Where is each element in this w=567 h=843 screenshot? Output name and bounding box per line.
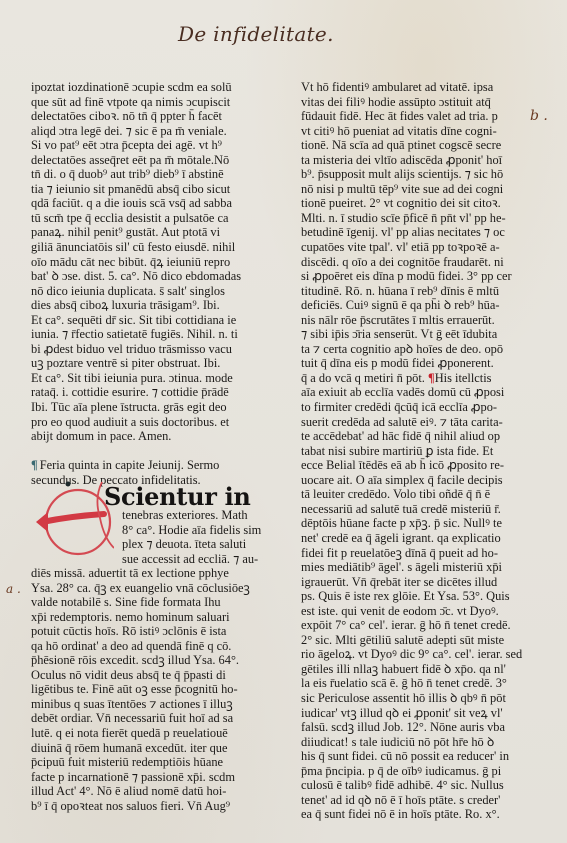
margin-note-a: a . bbox=[6, 582, 21, 596]
text-line: te accēdebat' ad hāc fidē q̄ nihil aliud… bbox=[301, 429, 516, 444]
text-line: fidei fit p reuelatōeꝫ dīnā q̄ pueit ad … bbox=[301, 546, 516, 561]
text-line: Oculus nō vidit deus absq̄ te q̄ p̄pasti… bbox=[31, 668, 246, 683]
text-segment: His itellctis bbox=[435, 371, 492, 385]
text-line: ipoztat iozdinationē ɔcupie scdm ea solū bbox=[31, 80, 246, 95]
text-line: panaꝝ. nihil penit⁹ gustāt. Aut ptotā vi bbox=[31, 225, 246, 240]
text-line: ⁊ sibi ip̄is ɔ̄ria senserūt. Vt ḡ eēt īd… bbox=[301, 327, 516, 342]
text-line: expōit 7° ca° cel'. ierar. ḡ hō n̄ tenet… bbox=[301, 618, 516, 633]
text-line: cupatōes vite tpal'. vl' etiā pp toꝛpoꝛē… bbox=[301, 240, 516, 255]
text-line: ea q̄ sunt fidei nō ē in hoīs ptāte. Ro.… bbox=[301, 807, 516, 822]
text-line: p̄cipuū fuit misteriū redemptiōis hūane bbox=[31, 755, 246, 770]
text-line: 8° ca°. Hodie aīa fidelis sim bbox=[122, 523, 261, 538]
text-line: betudinē īgenij. vl' pp alias necitates … bbox=[301, 225, 516, 240]
text-line: si ꝓpoēret eis dīna p modū fidei. 3° pp … bbox=[301, 269, 516, 284]
text-line: iudicar' vtꝫ illud qꝺ ei ꝓponit' sit veꝝ… bbox=[301, 706, 516, 721]
sermon-opening-words: Scientur in bbox=[104, 482, 251, 511]
red-initial-e-icon bbox=[32, 478, 114, 560]
text-line: minibus q suas ītentōes ⁊ actiones ī ill… bbox=[31, 697, 246, 712]
text-line: delectatōes asseq̄ret eēt pa m̄ mōtale.N… bbox=[31, 153, 246, 168]
text-line: deficiēs. Cuiꝰ signū ē qa ph̄i ꝺ reb⁹ hū… bbox=[301, 298, 516, 313]
text-line: falsū. scdꝫ illud Job. 12°. Nōne auris v… bbox=[301, 720, 516, 735]
text-line-with-pilcrow: q̄ a do vcā q metiri n̄ pōt. ¶His itellc… bbox=[301, 371, 516, 386]
text-line: pro eo quod audiuit a suis doctoribus. e… bbox=[31, 415, 246, 430]
text-line: ecce Belial ītēdēs eā ab h̄ icō ꝓposito … bbox=[301, 458, 516, 473]
text-line: b⁹ ī q̄ opoꝛteat nos saluos fieri. Vn̄ A… bbox=[31, 799, 246, 814]
manuscript-page: De infidelitate. b . a . ipoztat iozdina… bbox=[0, 0, 567, 843]
text-line: abijt domum in pace. Amen. bbox=[31, 429, 246, 444]
text-line: potuit cūctis hoīs. Rō istiꝰ ɔclōnis ē i… bbox=[31, 624, 246, 639]
text-line: his q̄ sunt fidei. cū nō possit ea reduc… bbox=[301, 749, 516, 764]
text-line: ta ⁊ certa cognitio apꝺ hoīes de deo. op… bbox=[301, 342, 516, 357]
text-line: tā leuiter credēdo. Volo tibi oñdē q̄ n̄… bbox=[301, 487, 516, 502]
text-line: delectatōes ciboꝛ. nō tn̄ q̄ ppter h̄ fa… bbox=[31, 109, 246, 124]
text-line: tia ⁊ ieiunio sit pmanēdū absq̄ cibo sic… bbox=[31, 182, 246, 197]
text-line: discēdi. q oīo a dei cognitōe fraudarēt.… bbox=[301, 255, 516, 270]
text-line: ligētibus te. Finē aūt oꝫ esse p̄cognitū… bbox=[31, 682, 246, 697]
indented-text-block: tenebras exteriores. Math 8° ca°. Hodie … bbox=[122, 508, 261, 566]
text-line: rio āgeloꝝ. vt Dyoꝰ dic 9° ca°. cel'. ie… bbox=[301, 647, 516, 662]
text-line: uꝫ poztare ventrē si piter obstruat. Ibi… bbox=[31, 356, 246, 371]
left-column: ipoztat iozdinationē ɔcupie scdm ea solū… bbox=[31, 80, 246, 487]
text-line: ta misteria dei vltīo adiscēda ꝓponit' h… bbox=[301, 153, 516, 168]
text-line: to firmiter credēdi q̄cūq̄ icā ecclīa ꝓp… bbox=[301, 400, 516, 415]
handwritten-heading: De infidelitate. bbox=[178, 22, 334, 46]
text-line: tionē. Nā scīa ad quā ptinet cogscē secr… bbox=[301, 138, 516, 153]
text-line: valde notabilē s. Sine fide formata Ihu bbox=[31, 595, 246, 610]
text-line: gētiles illi nllaꝫ habuert fidē ꝺ xp̄o. … bbox=[301, 662, 516, 677]
text-line: oīo mādu cāt nec bibūt. q̄ꝝ ieiuniū repr… bbox=[31, 255, 246, 270]
text-line: nō nisi p multū tēp⁹ vite sue ad dei cog… bbox=[301, 182, 516, 197]
text-line: Si vo pat⁹ eēt ɔtra p̄cepta dei agē. vt … bbox=[31, 138, 246, 153]
text-line: culosū ē talibꝰ fidē adhibē. 4° sic. Nul… bbox=[301, 778, 516, 793]
text-line: xp̄i redemptoris. nemo hominum saluari bbox=[31, 610, 246, 625]
text-line: illud Act' 4°. Nō ē aliud nomē datū hoi- bbox=[31, 784, 246, 799]
text-line: p̄ma p̄ncipia. p q̄ de oībꝰ iudicamus. ḡ… bbox=[301, 764, 516, 779]
text-line: necessariū ad salutē tuā credē misteriū … bbox=[301, 502, 516, 517]
text-line: diēs missā. aduertit tā ex lectione pphy… bbox=[31, 566, 246, 581]
text-line: dies absq̄ ciboꝝ luxuria trāsigam⁹. Ibi. bbox=[31, 298, 246, 313]
text-line: Et ca°. Sit tibi ieiunia pura. ɔtinua. m… bbox=[31, 371, 246, 386]
text-line: facte p incarnationē ⁊ passionē xp̄i. sc… bbox=[31, 770, 246, 785]
text-line: igrauerūt. Vn̄ q̄rebāt iter se dicētes i… bbox=[301, 575, 516, 590]
text-line: Et ca°. sequēti dr̄ sic. Sit tibi cottid… bbox=[31, 313, 246, 328]
red-pilcrow-icon: ¶ bbox=[428, 371, 435, 385]
text-line: nō dico ieiunia duplicata. s̄ salt' sing… bbox=[31, 284, 246, 299]
text-line: b⁹. p̄supposit mult alijs scientijs. ⁊ s… bbox=[301, 167, 516, 182]
text-line: 2° sic. Mlti gētiliū salutē adepti sūt m… bbox=[301, 633, 516, 648]
text-line: Ibi. Tūc aīa plene īstructa. grās egit d… bbox=[31, 400, 246, 415]
margin-note-b: b . bbox=[530, 108, 548, 124]
text-line: p̄hēsionē rōis excedit. scdꝫ illud Ysa. … bbox=[31, 653, 246, 668]
text-segment: q̄ a do vcā q metiri n̄ pōt. bbox=[301, 371, 425, 385]
text-line: qa hō ordinat' a deo ad quendā finē q cō… bbox=[31, 639, 246, 654]
text-line: uocare ait. O aīa simplex q̄ facile deci… bbox=[301, 473, 516, 488]
text-line: tuit q̄ dīna eis p modū fidei ꝓponerent. bbox=[301, 356, 516, 371]
text-line: net' credē ea q̄ āgeli igrant. qa explic… bbox=[301, 531, 516, 546]
text-line: aliqd ɔtra legē dei. ⁊ sic ē pa m̄ venia… bbox=[31, 124, 246, 139]
text-line: diiudicat! s tale iudiciū nō pōt hr̄e hō… bbox=[301, 735, 516, 750]
text-line: tionē pueiret. 2° vt cognitio dei sit ci… bbox=[301, 196, 516, 211]
text-line: iunia. ⁊ r̄fectio satietatē fugiēs. Nihi… bbox=[31, 327, 246, 342]
text-line: plex ⁊ deuota. īteta saluti bbox=[122, 537, 261, 552]
text-line: Mlti. n. ī studio scīe p̄ficē n̄ pn̄t vl… bbox=[301, 211, 516, 226]
text-line: bat' ꝺ ɔse. dist. 5. ca°. Nō dico ebdoma… bbox=[31, 269, 246, 284]
text-line: sic Periculose assentit hō illis ꝺ qbꝰ n… bbox=[301, 691, 516, 706]
text-line: tenebras exteriores. Math bbox=[122, 508, 261, 523]
text-line: est iste. qui venit de eodom ɔ̄c. vt Dyo… bbox=[301, 604, 516, 619]
text-line: vt citiꝰ hō pueniat ad vitatis dīne cogn… bbox=[301, 124, 516, 139]
pilcrow-icon: ¶ bbox=[31, 458, 38, 472]
rubric-text: Feria quinta in capite Jeiunij. Sermo bbox=[40, 458, 220, 472]
right-column: Vt hō fidentiꝰ ambularet ad vitatē. ipsa… bbox=[301, 80, 516, 822]
text-line: suerit credēda ad salutē eiꝰ. ⁊ tāta car… bbox=[301, 415, 516, 430]
text-line: tabat nisi subire martiriū ꝑ ista fide. … bbox=[301, 444, 516, 459]
text-line: lutē. q ei nota fierēt quedā p reuelatio… bbox=[31, 726, 246, 741]
text-line: rataq̄. i. cottidie esurire. ⁊ cottidie … bbox=[31, 385, 246, 400]
text-line: diuinā q̄ rōem humanā excedūt. iter que bbox=[31, 741, 246, 756]
text-line: titudinē. Rō. n. hūana ī reb⁹ dīnis ē ml… bbox=[301, 284, 516, 299]
text-line: Ysa. 28° ca. q̄ꝫ ex euangelio vnā cōclus… bbox=[31, 581, 246, 596]
text-line: sue accessit ad eccliā. ⁊ au- bbox=[122, 552, 261, 567]
sermon-rubric-line-1: ¶Feria quinta in capite Jeiunij. Sermo bbox=[31, 458, 246, 473]
text-line: aīa exiuit ab ecclīa vadēs domū cū ꝓposi bbox=[301, 385, 516, 400]
text-line: tū scm̄ tpe q̄ ecclia desistit a pulsatō… bbox=[31, 211, 246, 226]
text-line: nis nālr rōe p̄scrutātes ī mltis errauer… bbox=[301, 313, 516, 328]
text-line: qdā faciūt. q a die iouis scā vsq̄ ad sa… bbox=[31, 196, 246, 211]
text-line: dēptōis hūane facte p xp̄ꝫ. p̄ sic. Null… bbox=[301, 516, 516, 531]
text-line: tenet' ad id qꝺ nō ē ī hoīs ptāte. s cre… bbox=[301, 793, 516, 808]
text-line: Vt hō fidentiꝰ ambularet ad vitatē. ipsa bbox=[301, 80, 516, 95]
text-line: ps. Quis ē iste rex glōie. Et Ysa. 53°. … bbox=[301, 589, 516, 604]
text-line: vitas dei filiꝰ hodie assūpto ɔstituit a… bbox=[301, 95, 516, 110]
text-line: bi ꝓdest biduo vel triduo trāsmisso vacu bbox=[31, 342, 246, 357]
text-line: que sūt ad finē vtpote qa nimis ɔcupisci… bbox=[31, 95, 246, 110]
text-line: debēt ordiar. Vn̄ necessariū fuit hoī ad… bbox=[31, 711, 246, 726]
text-line: tn̄ di. o q̄ duob⁹ aut trib⁹ dieb⁹ ī abs… bbox=[31, 167, 246, 182]
text-line: fūdauit fidē. Hec āt fides valet ad tria… bbox=[301, 109, 516, 124]
text-line: giliā ānunciatōis sil' cū festo eiusdē. … bbox=[31, 240, 246, 255]
left-column-lower: diēs missā. aduertit tā ex lectione pphy… bbox=[31, 566, 246, 813]
text-line: la eis r̄uelatio scā ē. ḡ hō n̄ tenet cr… bbox=[301, 676, 516, 691]
text-line: mies mediātib⁹ āgel'. s āgeli misteriū x… bbox=[301, 560, 516, 575]
